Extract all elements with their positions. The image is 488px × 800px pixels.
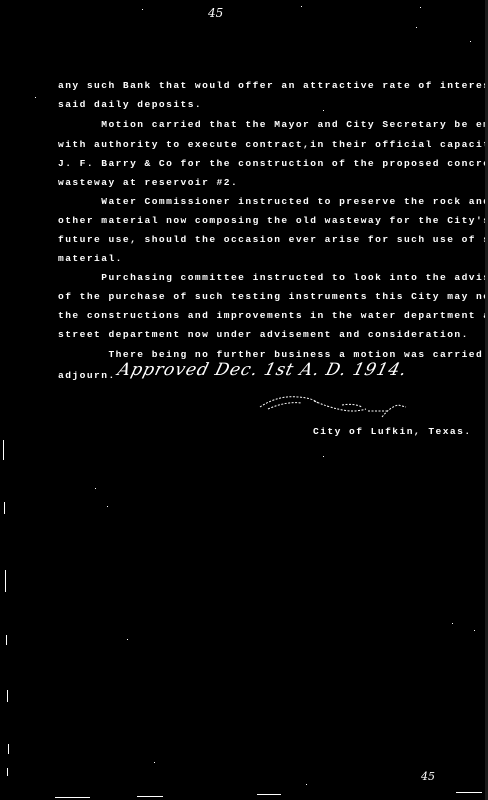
text-line: other material now composing the old was… bbox=[58, 216, 488, 226]
signature-scribble bbox=[258, 389, 408, 419]
scan-mark bbox=[8, 744, 9, 754]
text-line: said daily deposits. bbox=[58, 100, 202, 110]
city-label: City of Lufkin, Texas. bbox=[313, 427, 472, 437]
scan-mark bbox=[3, 440, 4, 460]
scan-mark bbox=[7, 690, 8, 702]
scan-rule bbox=[257, 794, 281, 795]
text-line: street department now under advisement a… bbox=[58, 330, 469, 340]
scan-mark bbox=[5, 570, 6, 592]
speck bbox=[95, 488, 96, 489]
scan-mark bbox=[4, 502, 5, 514]
scan-rule bbox=[456, 792, 482, 793]
speck bbox=[323, 110, 324, 111]
speck bbox=[306, 784, 307, 785]
speck bbox=[420, 7, 421, 8]
text-line: There being no further business a motion… bbox=[58, 350, 488, 360]
speck bbox=[127, 639, 128, 640]
text-line: Purchasing committee instructed to look … bbox=[58, 273, 488, 283]
folio-mark: 45 bbox=[421, 770, 435, 783]
text-line: material. bbox=[58, 254, 123, 264]
text-line: wasteway at reservoir #2. bbox=[58, 178, 238, 188]
text-line: Motion carried that the Mayor and City S… bbox=[58, 120, 488, 130]
speck bbox=[323, 456, 324, 457]
text-line: adjourn. bbox=[58, 371, 116, 381]
page-number: 45 bbox=[208, 6, 223, 20]
speck bbox=[474, 630, 475, 631]
scan-mark bbox=[6, 635, 7, 645]
text-line: J. F. Barry & Co for the construction of… bbox=[58, 159, 488, 169]
speck bbox=[107, 506, 108, 507]
scan-mark bbox=[7, 768, 8, 776]
document-page: 45 any such Bank that would offer an att… bbox=[0, 0, 485, 800]
speck bbox=[470, 41, 471, 42]
speck bbox=[142, 9, 143, 10]
text-line: the constructions and improvements in th… bbox=[58, 311, 488, 321]
scan-rule bbox=[137, 796, 163, 797]
speck bbox=[416, 27, 417, 28]
approval-handwriting: Approved Dec. 1st A. D. 1914. bbox=[116, 360, 410, 380]
speck bbox=[452, 623, 453, 624]
text-line: with authority to execute contract,in th… bbox=[58, 140, 488, 150]
text-line: Water Commissioner instructed to preserv… bbox=[58, 197, 488, 207]
text-line: any such Bank that would offer an attrac… bbox=[58, 81, 488, 91]
speck bbox=[35, 97, 36, 98]
speck bbox=[301, 6, 302, 7]
scan-rule bbox=[55, 797, 90, 798]
speck bbox=[154, 762, 155, 763]
text-line: of the purchase of such testing instrume… bbox=[58, 292, 488, 302]
text-line: future use, should the occasion ever ari… bbox=[58, 235, 488, 245]
